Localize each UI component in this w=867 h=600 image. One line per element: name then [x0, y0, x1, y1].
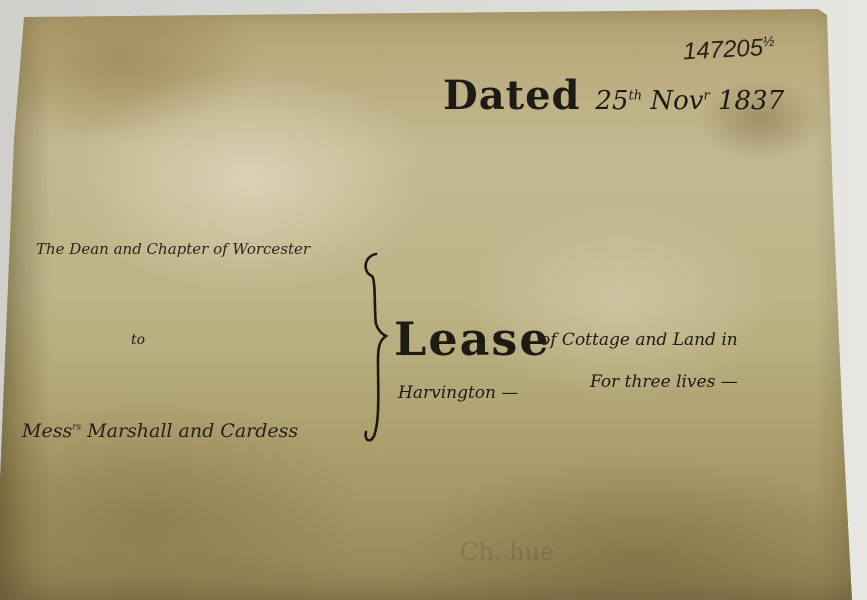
dated-word: Dated: [443, 72, 581, 119]
parties-connector: to: [131, 332, 145, 348]
lease-description: of Cottage and Land in: [540, 330, 738, 350]
reference-number-main: 147205: [682, 34, 763, 65]
reference-number-fraction: ½: [762, 33, 775, 50]
faint-bleedthrough-text: Ch. hue: [460, 538, 554, 566]
grantee-party: Messrs Marshall and Cardess: [22, 420, 298, 442]
photo-background: 147205½ Dated 25th Novr 1837 The Dean an…: [0, 0, 867, 600]
curly-brace-icon: [356, 250, 392, 446]
lease-place: Harvington —: [398, 383, 518, 403]
date-heading: Dated 25th Novr 1837: [443, 72, 784, 119]
date-day-suffix: th: [629, 88, 643, 103]
date-month-suffix: r: [703, 88, 709, 103]
grantee-prefix: Mess: [22, 420, 72, 442]
date-day: 25: [595, 86, 628, 116]
date-month: Nov: [650, 86, 703, 116]
grantee-prefix-suffix: rs: [72, 423, 81, 433]
reference-number: 147205½: [682, 33, 775, 67]
lease-title: Lease: [394, 312, 551, 366]
date-value: 25th Novr 1837: [595, 86, 784, 116]
grantee-names: Marshall and Cardess: [87, 420, 298, 442]
lease-term: For three lives —: [590, 372, 738, 392]
grantor-party: The Dean and Chapter of Worcester: [36, 240, 310, 258]
date-year: 1837: [718, 86, 784, 116]
